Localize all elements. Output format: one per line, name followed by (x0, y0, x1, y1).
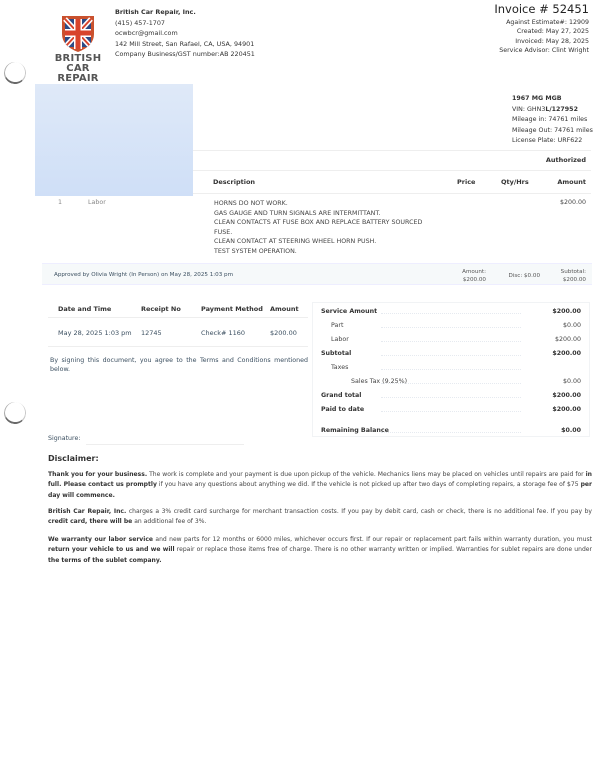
service-advisor: Service Advisor: Clint Wright (494, 46, 589, 55)
summary-value: $200.00 (552, 308, 581, 315)
invoiced-date: Invoiced: May 28, 2025 (494, 37, 589, 46)
vin-value: L/127952 (545, 106, 578, 113)
column-header-qty: Qty/Hrs (501, 178, 529, 186)
totals-summary: Service Amount$200.00Part$0.00Labor$200.… (312, 302, 590, 437)
summary-label: Labor (331, 336, 349, 343)
vin-label: VIN: GHN3 (512, 106, 545, 113)
text: charges a 3% credit card surcharge for m… (126, 508, 592, 515)
line-item-type: Labor (88, 199, 106, 206)
column-header-description: Description (213, 178, 255, 186)
divider (48, 317, 308, 318)
text: if you have any questions about anything… (157, 481, 581, 488)
line-item-index: 1 (58, 199, 62, 206)
payments-header-method: Payment Method (201, 305, 263, 313)
hole-punch-mark (2, 60, 27, 85)
payment-method: Check# 1160 (201, 329, 245, 337)
approval-subtotal: Subtotal: $200.00 (561, 268, 586, 284)
disclaimer-paragraph-warranty: We warranty our labor service and new pa… (48, 535, 592, 566)
text-bold: credit card, there will be (48, 518, 132, 525)
description-line: TEST SYSTEM OPERATION. (214, 247, 422, 257)
dotted-leader (381, 327, 521, 328)
summary-value: $200.00 (552, 350, 581, 357)
approval-text: Approved by Olivia Wright (In Person) on… (54, 272, 233, 278)
summary-label: Grand total (321, 392, 361, 399)
text-bold: return your vehicle to us and we will (48, 546, 175, 553)
dotted-leader (381, 369, 521, 370)
disclaimer-paragraph-surcharge: British Car Repair, Inc. charges a 3% cr… (48, 507, 592, 528)
summary-label: Service Amount (321, 308, 377, 315)
dotted-leader (381, 432, 521, 433)
payments-header-date: Date and Time (58, 305, 111, 313)
subtotal-label: Subtotal: (561, 268, 586, 276)
payment-date: May 28, 2025 1:03 pm (58, 329, 132, 337)
dotted-leader (381, 397, 521, 398)
column-header-price: Price (457, 178, 475, 186)
text-bold: the terms of the sublet company. (48, 557, 162, 564)
summary-label: Subtotal (321, 350, 351, 357)
signature-label: Signature: (48, 435, 81, 442)
summary-value: $200.00 (555, 336, 581, 343)
summary-value: $0.00 (561, 427, 581, 434)
text-bold: British Car Repair, Inc. (48, 508, 126, 515)
divider (193, 170, 591, 171)
subtotal-value: $200.00 (561, 276, 586, 284)
payment-receipt: 12745 (141, 329, 162, 337)
signing-note: By signing this document, you agree to t… (50, 356, 308, 374)
payment-amount: $200.00 (270, 329, 297, 337)
logo-text-line2: CAR REPAIR (48, 64, 108, 84)
estimate-number: Against Estimate#: 12909 (494, 18, 589, 27)
summary-label: Taxes (331, 364, 348, 371)
summary-label: Remaining Balance (321, 427, 389, 434)
summary-value: $0.00 (563, 322, 581, 329)
column-header-amount: Amount (557, 178, 586, 186)
dotted-leader (381, 341, 521, 342)
company-address: 142 Mill Street, San Rafael, CA, USA, 94… (115, 39, 255, 50)
approval-discount: Disc: $0.00 (508, 272, 540, 280)
mileage-in: Mileage in: 74761 miles (512, 115, 593, 126)
dotted-leader (381, 355, 521, 356)
company-info: British Car Repair, Inc. (415) 457-1707 … (115, 7, 255, 60)
text: an additional fee of 3%. (132, 518, 206, 525)
vehicle-model: 1967 MG MGB (512, 94, 593, 105)
vehicle-info: 1967 MG MGB VIN: GHN3L/127952 Mileage in… (512, 94, 593, 147)
divider (48, 346, 308, 347)
dotted-leader (381, 383, 521, 384)
description-line: HORNS DO NOT WORK. (214, 199, 422, 209)
dotted-leader (381, 313, 521, 314)
divider (193, 193, 591, 194)
summary-label: Part (331, 322, 343, 329)
vehicle-vin: VIN: GHN3L/127952 (512, 105, 593, 116)
description-line: GAS GAUGE AND TURN SIGNALS ARE INTERMITT… (214, 209, 422, 219)
approval-amount: Amount: $200.00 (462, 268, 486, 284)
summary-label: Paid to date (321, 406, 364, 413)
payments-header-receipt: Receipt No (141, 305, 181, 313)
union-jack-shield-icon (60, 14, 96, 54)
text-bold: Thank you for your business. (48, 471, 147, 478)
company-gst: Company Business/GST number:AB 220451 (115, 49, 255, 60)
summary-value: $200.00 (552, 406, 581, 413)
summary-value: $200.00 (552, 392, 581, 399)
description-line: CLEAN CONTACT AT STEERING WHEEL HORN PUS… (214, 237, 422, 247)
disclaimer-title: Disclaimer: (48, 454, 99, 463)
invoice-number: Invoice # 52451 (494, 2, 589, 17)
text: and new parts for 12 months or 6000 mile… (153, 536, 592, 543)
divider (193, 150, 591, 151)
amount-label: Amount: (462, 268, 486, 276)
company-name: British Car Repair, Inc. (115, 7, 255, 18)
dotted-leader (381, 411, 521, 412)
text: repair or replace those items free of ch… (175, 546, 592, 553)
created-date: Created: May 27, 2025 (494, 27, 589, 36)
payments-header-amount: Amount (270, 305, 299, 313)
amount-value: $200.00 (462, 276, 486, 284)
signature-line (86, 444, 244, 445)
redacted-customer-info (35, 84, 193, 196)
invoice-header: Invoice # 52451 Against Estimate#: 12909… (494, 2, 589, 55)
description-line: FUSE. (214, 228, 422, 238)
line-item-amount: $200.00 (560, 199, 586, 206)
approval-bar: Approved by Olivia Wright (In Person) on… (42, 263, 592, 285)
summary-value: $0.00 (563, 378, 581, 385)
text: The work is complete and your payment is… (147, 471, 585, 478)
license-plate: License Plate: URF622 (512, 136, 593, 147)
company-logo: BRITISH CAR REPAIR (48, 14, 108, 80)
disclaimer-paragraph-payment: Thank you for your business. The work is… (48, 470, 592, 501)
text-bold: We warranty our labor service (48, 536, 153, 543)
status-badge: Authorized (546, 156, 586, 164)
line-item-description: HORNS DO NOT WORK. GAS GAUGE AND TURN SI… (214, 199, 422, 257)
company-phone: (415) 457-1707 (115, 18, 255, 29)
company-email: ocwbcr@gmail.com (115, 28, 255, 39)
hole-punch-mark (2, 400, 27, 425)
description-line: CLEAN CONTACTS AT FUSE BOX AND REPLACE B… (214, 218, 422, 228)
mileage-out: Mileage Out: 74761 miles (512, 126, 593, 137)
